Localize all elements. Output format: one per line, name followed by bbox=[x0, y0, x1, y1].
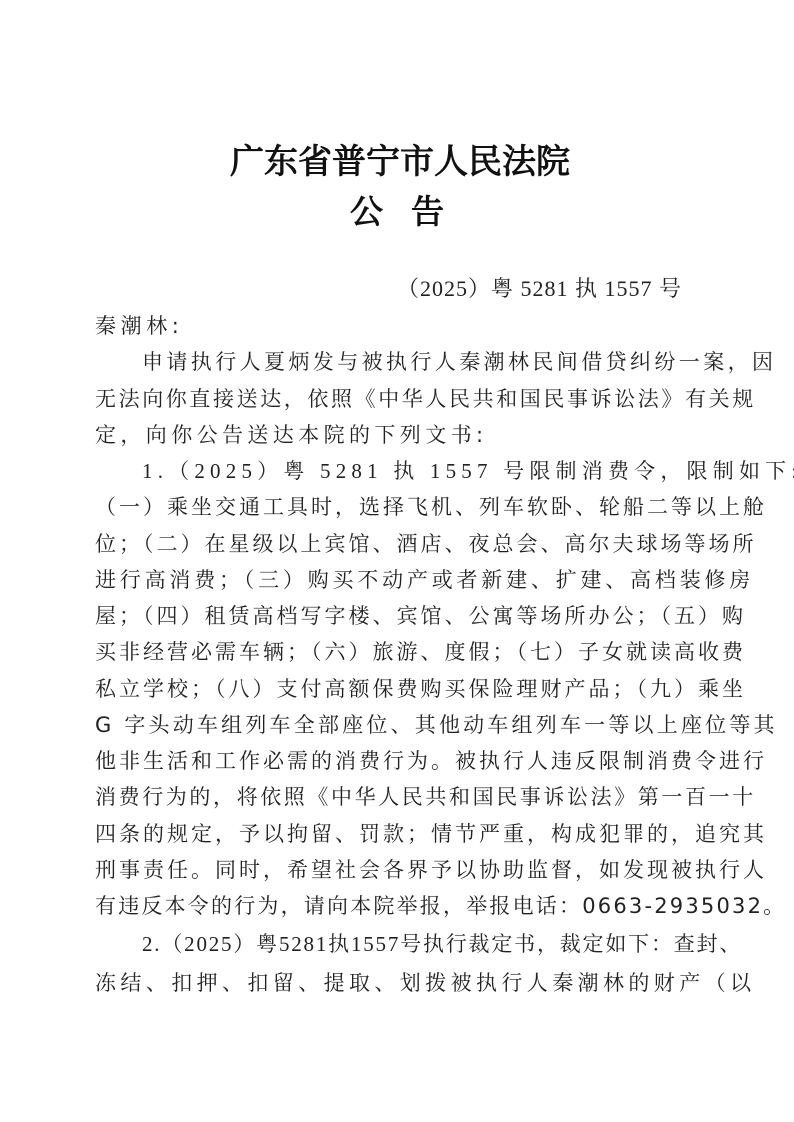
addressee: 秦潮林: bbox=[95, 311, 699, 341]
body-line-13: 消费行为的，将依照《中华人民共和国民事诉讼法》第一百一十 bbox=[95, 782, 699, 812]
body-line-10: 私立学校；（八）支付高额保费购买保险理财产品；（九）乘坐 bbox=[95, 674, 699, 704]
body-line-1: 申请执行人夏炳发与被执行人秦潮林民间借贷纠纷一案，因 bbox=[142, 347, 699, 377]
body-line-18: 冻结、扣押、扣留、提取、划拨被执行人秦潮林的财产（以 bbox=[95, 968, 699, 998]
case-number: （2025）粤 5281 执 1557 号 bbox=[397, 275, 682, 303]
body-line-11: G 字头动车组列车全部座位、其他动车组列车一等以上座位等其 bbox=[95, 710, 699, 740]
body-line-4: 1.（2025）粤 5281 执 1557 号限制消费令，限制如下: bbox=[142, 456, 699, 486]
body-line-3: 定，向你公告送达本院的下列文书: bbox=[95, 420, 699, 450]
body-line-7: 进行高消费；（三）购买不动产或者新建、扩建、高档装修房 bbox=[95, 565, 699, 595]
body-line-5: （一）乘坐交通工具时，选择飞机、列车软卧、轮船二等以上舱 bbox=[95, 492, 699, 522]
body-line-15: 刑事责任。同时，希望社会各界予以协助监督，如发现被执行人 bbox=[95, 855, 699, 885]
body-line-9: 买非经营必需车辆；（六）旅游、度假；（七）子女就读高收费 bbox=[95, 637, 699, 667]
court-name-heading: 广东省普宁市人民法院 bbox=[0, 140, 794, 184]
body-line-17: 2.（2025）粤5281执1557号执行裁定书，裁定如下：查封、 bbox=[142, 929, 699, 959]
document-type-heading: 公告 bbox=[0, 191, 794, 233]
body-line-2: 无法向你直接送达，依照《中华人民共和国民事诉讼法》有关规 bbox=[95, 384, 699, 414]
body-line-6: 位；（二）在星级以上宾馆、酒店、夜总会、高尔夫球场等场所 bbox=[95, 529, 699, 559]
body-line-12: 他非生活和工作必需的消费行为。被执行人违反限制消费令进行 bbox=[95, 746, 699, 776]
body-line-16: 有违反本令的行为，请向本院举报，举报电话：0663-2935032。 bbox=[95, 891, 699, 921]
body-line-8: 屋；（四）租赁高档写字楼、宾馆、公寓等场所办公；（五）购 bbox=[95, 601, 699, 631]
document-page: 广东省普宁市人民法院 公告 （2025）粤 5281 执 1557 号 秦潮林:… bbox=[0, 0, 794, 1122]
body-line-14: 四条的规定，予以拘留、罚款；情节严重，构成犯罪的，追究其 bbox=[95, 819, 699, 849]
